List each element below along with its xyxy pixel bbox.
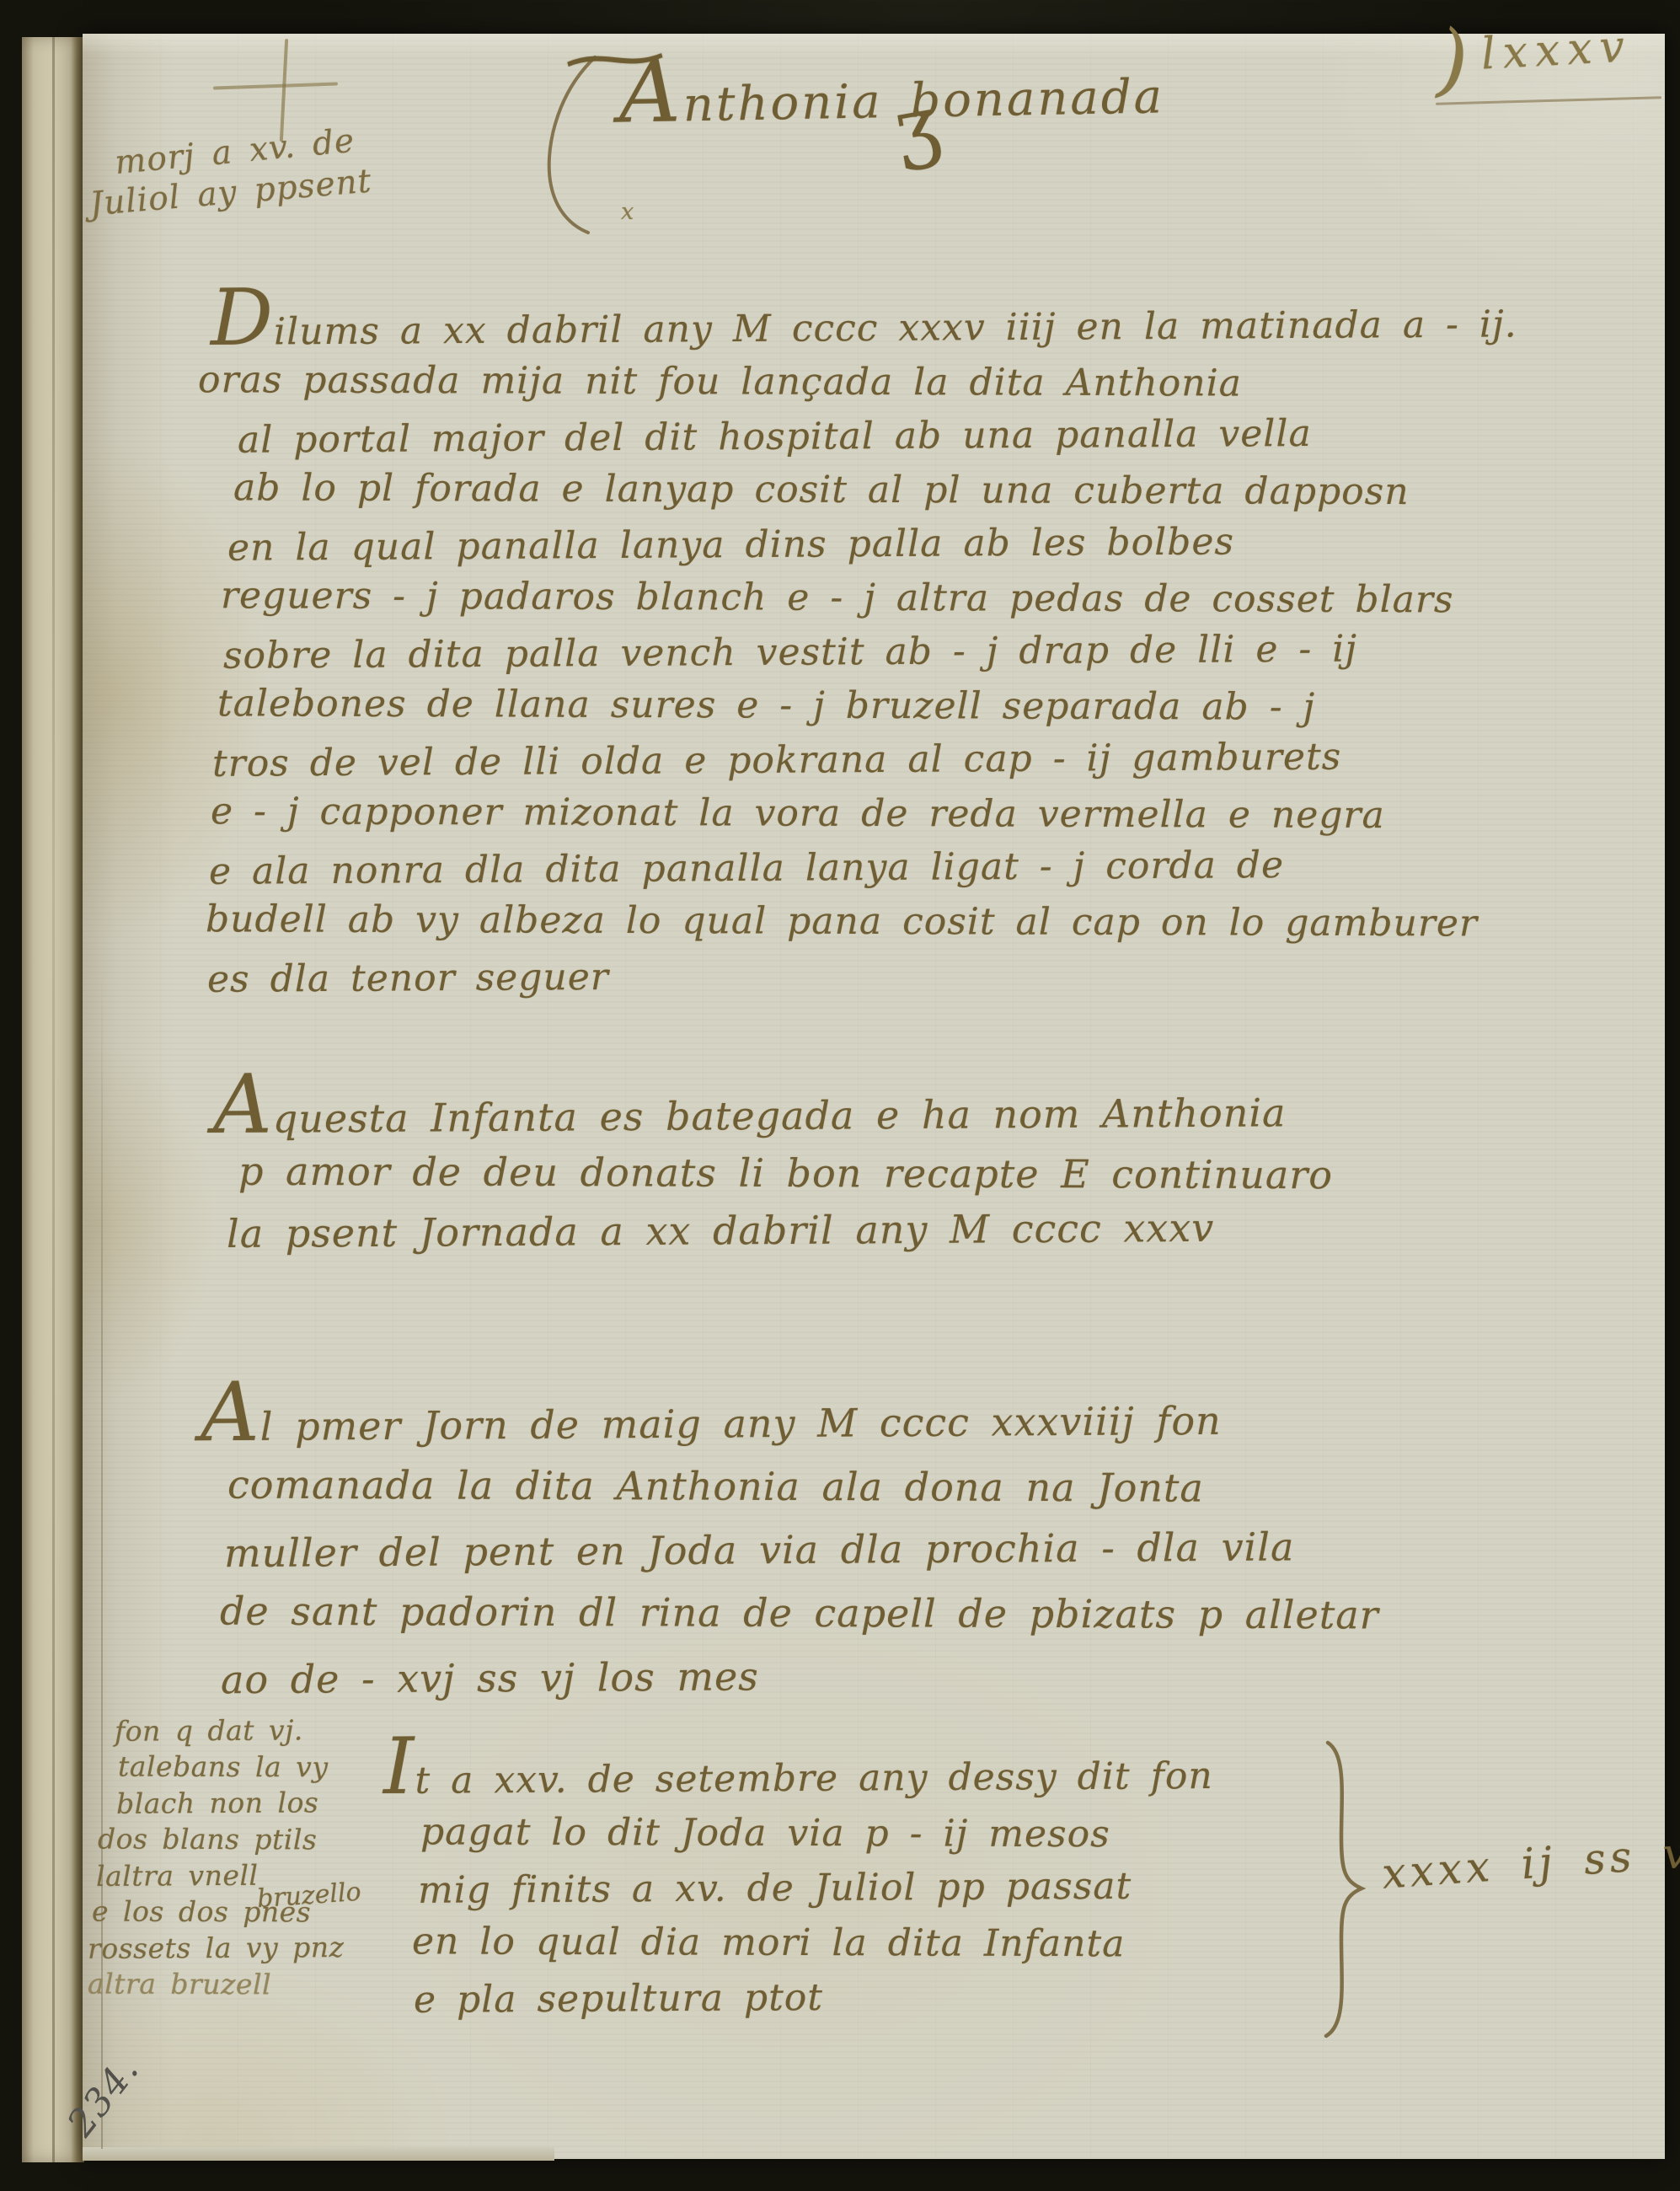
- margin-clothing-note: fon q dat vj. talebans la vy blach non l…: [88, 1712, 345, 2002]
- nurse-paragraph: Al pmer Jorn de maig any M cccc xxxviiij…: [201, 1392, 1379, 1708]
- paper-bottom-edge: [83, 2147, 554, 2161]
- payment-brace: [1314, 1738, 1370, 2041]
- payment-line: It a xxv. de setembre any dessy dit fon: [383, 1749, 1213, 1808]
- entry-line: e - j capponer mizonat la vora de reda v…: [211, 785, 1544, 844]
- payment-line: pagat lo dit Joda via p - ij mesos: [420, 1804, 1213, 1862]
- payment-line: en lo qual dia mori la dita Infanta: [412, 1914, 1213, 1971]
- nurse-line: de sant padorin dl rina de capell de pbi…: [220, 1580, 1379, 1647]
- entry-line: sobre la dita palla vench vestit ab - j …: [223, 621, 1544, 683]
- baptism-line: la psent Jornada a xx dabril any M cccc …: [227, 1198, 1333, 1262]
- entry-paragraph: Dilums a xx dabril any M cccc xxxv iiij …: [195, 302, 1544, 1003]
- entry-line: ab lo pl forada e lanyap cosit al pl una…: [233, 461, 1544, 519]
- nurse-line: ao de - xvj ss vj los mes: [221, 1642, 1379, 1712]
- entry-line: tros de vel de lli olda e pokrana al cap…: [212, 729, 1544, 791]
- entry-line: e ala nonra dla dita panalla lanya ligat…: [209, 837, 1544, 899]
- entry-line: es dla tenor seguer: [207, 945, 1544, 1007]
- baptism-line: p amor de deu donats li bon recapte E co…: [238, 1143, 1333, 1204]
- margin-line: dos blans ptils: [98, 1820, 345, 1857]
- payment-line: e pla sepultura ptot: [414, 1968, 1213, 2028]
- margin-line: fon q dat vj.: [115, 1712, 345, 1749]
- entry-line: talebones de llana sures e - j bruzell s…: [217, 677, 1544, 735]
- margin-line: talebans la vy: [118, 1749, 345, 1786]
- margin-line: altra bruzell: [88, 1965, 345, 2002]
- nurse-line: muller del pent en Joda via dla prochia …: [224, 1515, 1379, 1585]
- leaf-fold-line: [52, 37, 55, 2162]
- margin-line: rossets la vy pnz: [88, 1929, 345, 1967]
- entry-line: en la qual panalla lanya dins palla ab l…: [227, 513, 1544, 576]
- folio-mark: lxxxv: [1480, 21, 1634, 79]
- margin-line: blach non los: [116, 1784, 345, 1822]
- payment-line: mig finits a xv. de Juliol pp passat: [418, 1858, 1213, 1918]
- baptism-paragraph: Aquesta Infanta es bategada e ha nom Ant…: [213, 1087, 1333, 1259]
- heading-small-mark: x: [621, 199, 634, 225]
- nurse-line: comanada la dita Anthonia ala dona na Jo…: [227, 1454, 1379, 1521]
- entry-line: budell ab vy albeza lo qual pana cosit a…: [206, 892, 1544, 951]
- nurse-line: Al pmer Jorn de maig any M cccc xxxviiij…: [201, 1389, 1379, 1460]
- manuscript-photo: morj a xv. de Juliol ay ppsent ~ Anthoni…: [0, 0, 1680, 2191]
- entry-line: oras passada mija nit fou lançada la dit…: [198, 353, 1544, 412]
- baptism-line: Aquesta Infanta es bategada e ha nom Ant…: [213, 1084, 1333, 1148]
- payment-paragraph: It a xxv. de setembre any dessy dit fon …: [383, 1751, 1213, 2025]
- entry-line: al portal major del dit hospital ab una …: [238, 405, 1544, 467]
- entry-line: reguers - j padaros blanch e - j altra p…: [221, 569, 1544, 627]
- entry-line: Dilums a xx dabril any M cccc xxxv iiij …: [211, 297, 1544, 360]
